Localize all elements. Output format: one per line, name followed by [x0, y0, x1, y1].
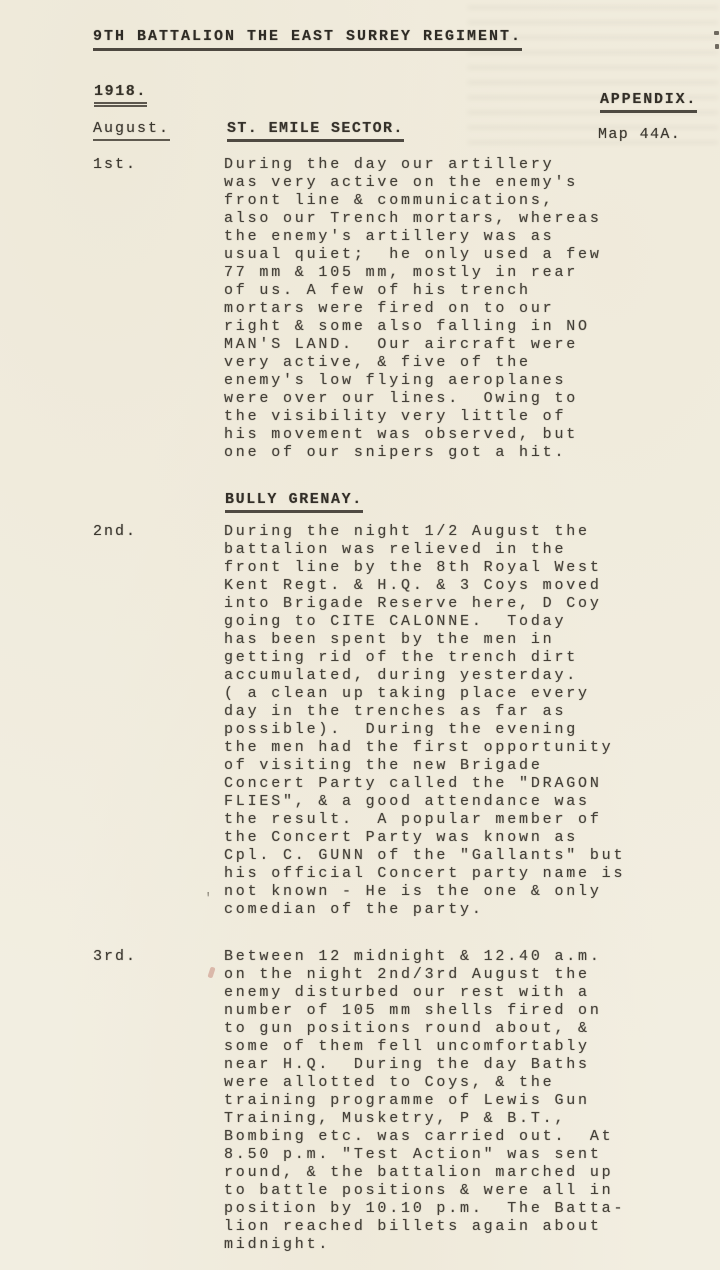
entry-date-2nd: 2nd. [93, 523, 137, 540]
sector-heading: ST. EMILE SECTOR. [227, 120, 404, 142]
paper-speck [714, 31, 719, 35]
stray-type-mark: ' [204, 891, 212, 907]
entry-date-3rd: 3rd. [93, 948, 137, 965]
year-label: 1918. [94, 83, 147, 107]
war-diary-page: ' 9TH BATTALION THE EAST SURREY REGIMENT… [0, 0, 720, 1270]
entry-text-2nd: During the night 1/2 August the battalio… [224, 523, 625, 919]
month-label: August. [93, 120, 170, 141]
page-title: 9TH BATTALION THE EAST SURREY REGIMENT. [93, 28, 522, 51]
entry-date-1st: 1st. [93, 156, 137, 173]
entry-text-3rd: Between 12 midnight & 12.40 a.m. on the … [224, 948, 625, 1254]
map-reference: Map 44A. [598, 126, 681, 143]
paper-speck [715, 44, 719, 49]
section-heading-bully-grenay: BULLY GRENAY. [225, 491, 363, 513]
appendix-label: APPENDIX. [600, 91, 697, 113]
entry-text-1st: During the day our artillery was very ac… [224, 156, 602, 462]
stray-red-pencil-mark [207, 966, 215, 978]
